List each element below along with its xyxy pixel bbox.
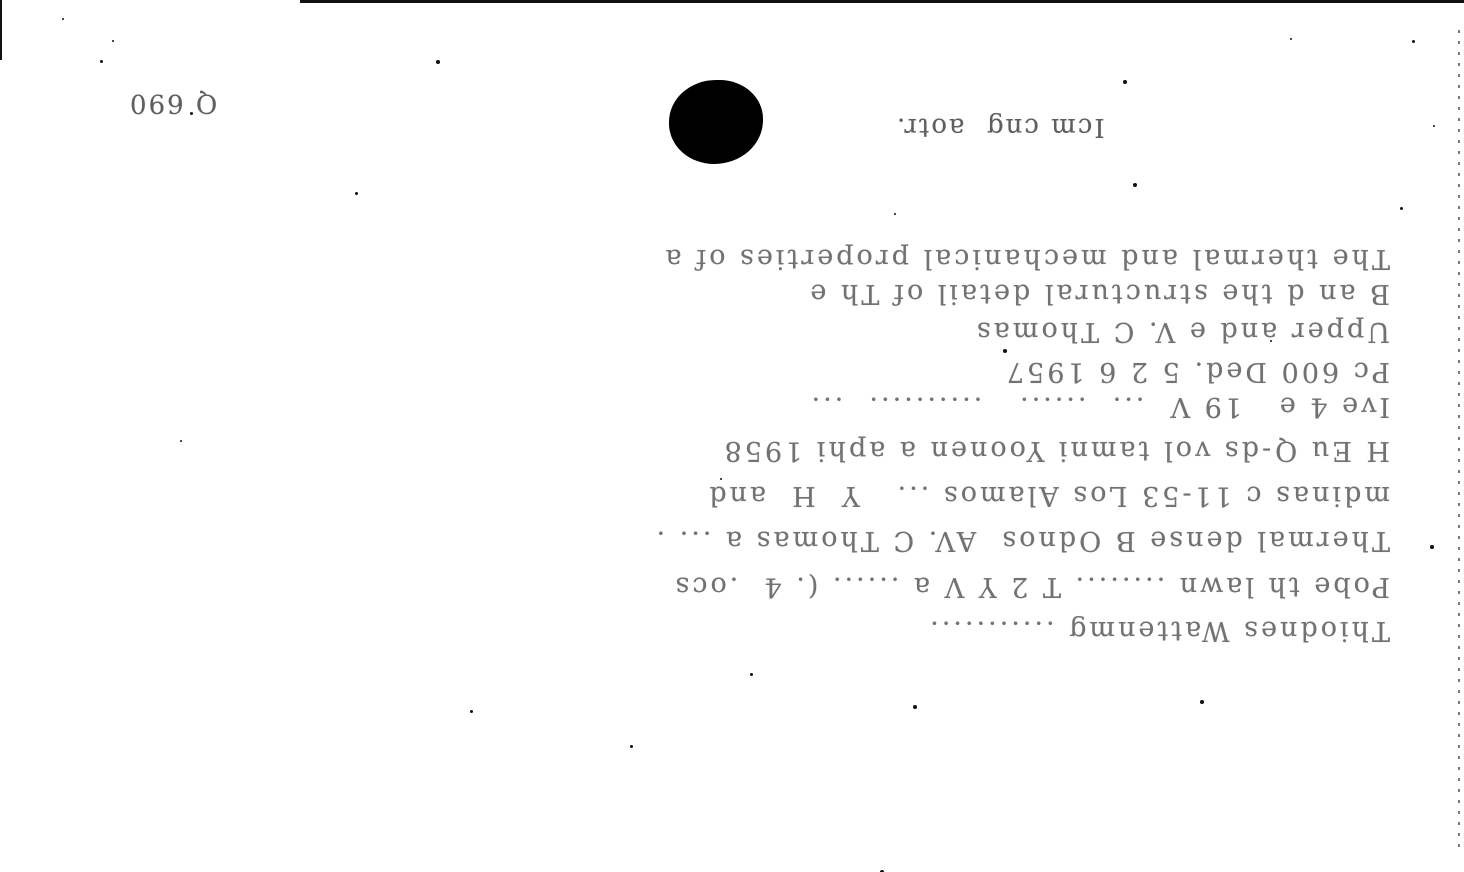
scan-speck — [894, 213, 896, 215]
card-line: B an d the structural detail of Th e — [262, 278, 1390, 309]
scan-speck — [355, 192, 358, 195]
scan-speck — [100, 60, 103, 63]
scan-speck — [1290, 38, 1292, 40]
scan-speck — [720, 478, 722, 480]
scan-speck — [750, 673, 753, 676]
scan-speck — [1200, 700, 1204, 704]
scan-speck — [62, 18, 64, 20]
card-line: The thermal and mechanical properties of… — [220, 243, 1390, 274]
scan-speck — [1003, 349, 1007, 353]
scan-speck — [1433, 125, 1435, 127]
scan-speck — [1133, 183, 1137, 187]
card-line: Pobe th lawn ........ T 2 Y V a ...... (… — [262, 571, 1390, 602]
scan-speck — [1430, 545, 1434, 549]
scan-speck — [1270, 340, 1272, 342]
card-line: Ive 4 e 19 V ... ...... .......... ... — [262, 391, 1390, 422]
card-top-edge — [300, 0, 1464, 3]
scan-speck — [630, 745, 633, 748]
scan-speck — [180, 440, 182, 442]
scan-speck — [190, 112, 193, 115]
card-line: mdinas c 11-53 Los Alamos ... Y H and — [220, 480, 1390, 511]
scan-speck — [470, 710, 473, 713]
scan-speck — [436, 60, 440, 64]
card-line: H Eu Q-ds vol tamni Yoonen a aphi 1958 — [220, 435, 1390, 466]
scan-speck — [1123, 80, 1127, 84]
scan-speck — [1412, 40, 1415, 43]
card-right-perforation — [1458, 30, 1460, 850]
card-line: Thiodnes Wattenmg ........... — [220, 615, 1390, 646]
card-punch-hole — [669, 80, 763, 164]
card-left-edge — [0, 0, 2, 60]
card-heading: Icm cng aotr. — [895, 112, 1105, 142]
card-line: Upper and e V. C Thomas — [262, 316, 1390, 347]
scan-speck — [1400, 207, 1403, 210]
scan-speck — [112, 40, 114, 42]
scan-speck — [913, 705, 917, 709]
call-number: Q 690 — [128, 88, 217, 118]
card-line: Pc 600 Ded. 5 2 6 1957 — [220, 356, 1390, 387]
catalog-card: Q 690 Icm cng aotr. The thermal and mech… — [0, 0, 1464, 872]
card-line: Thermal dense B Odnos AV. C Thomas a ...… — [220, 525, 1390, 556]
